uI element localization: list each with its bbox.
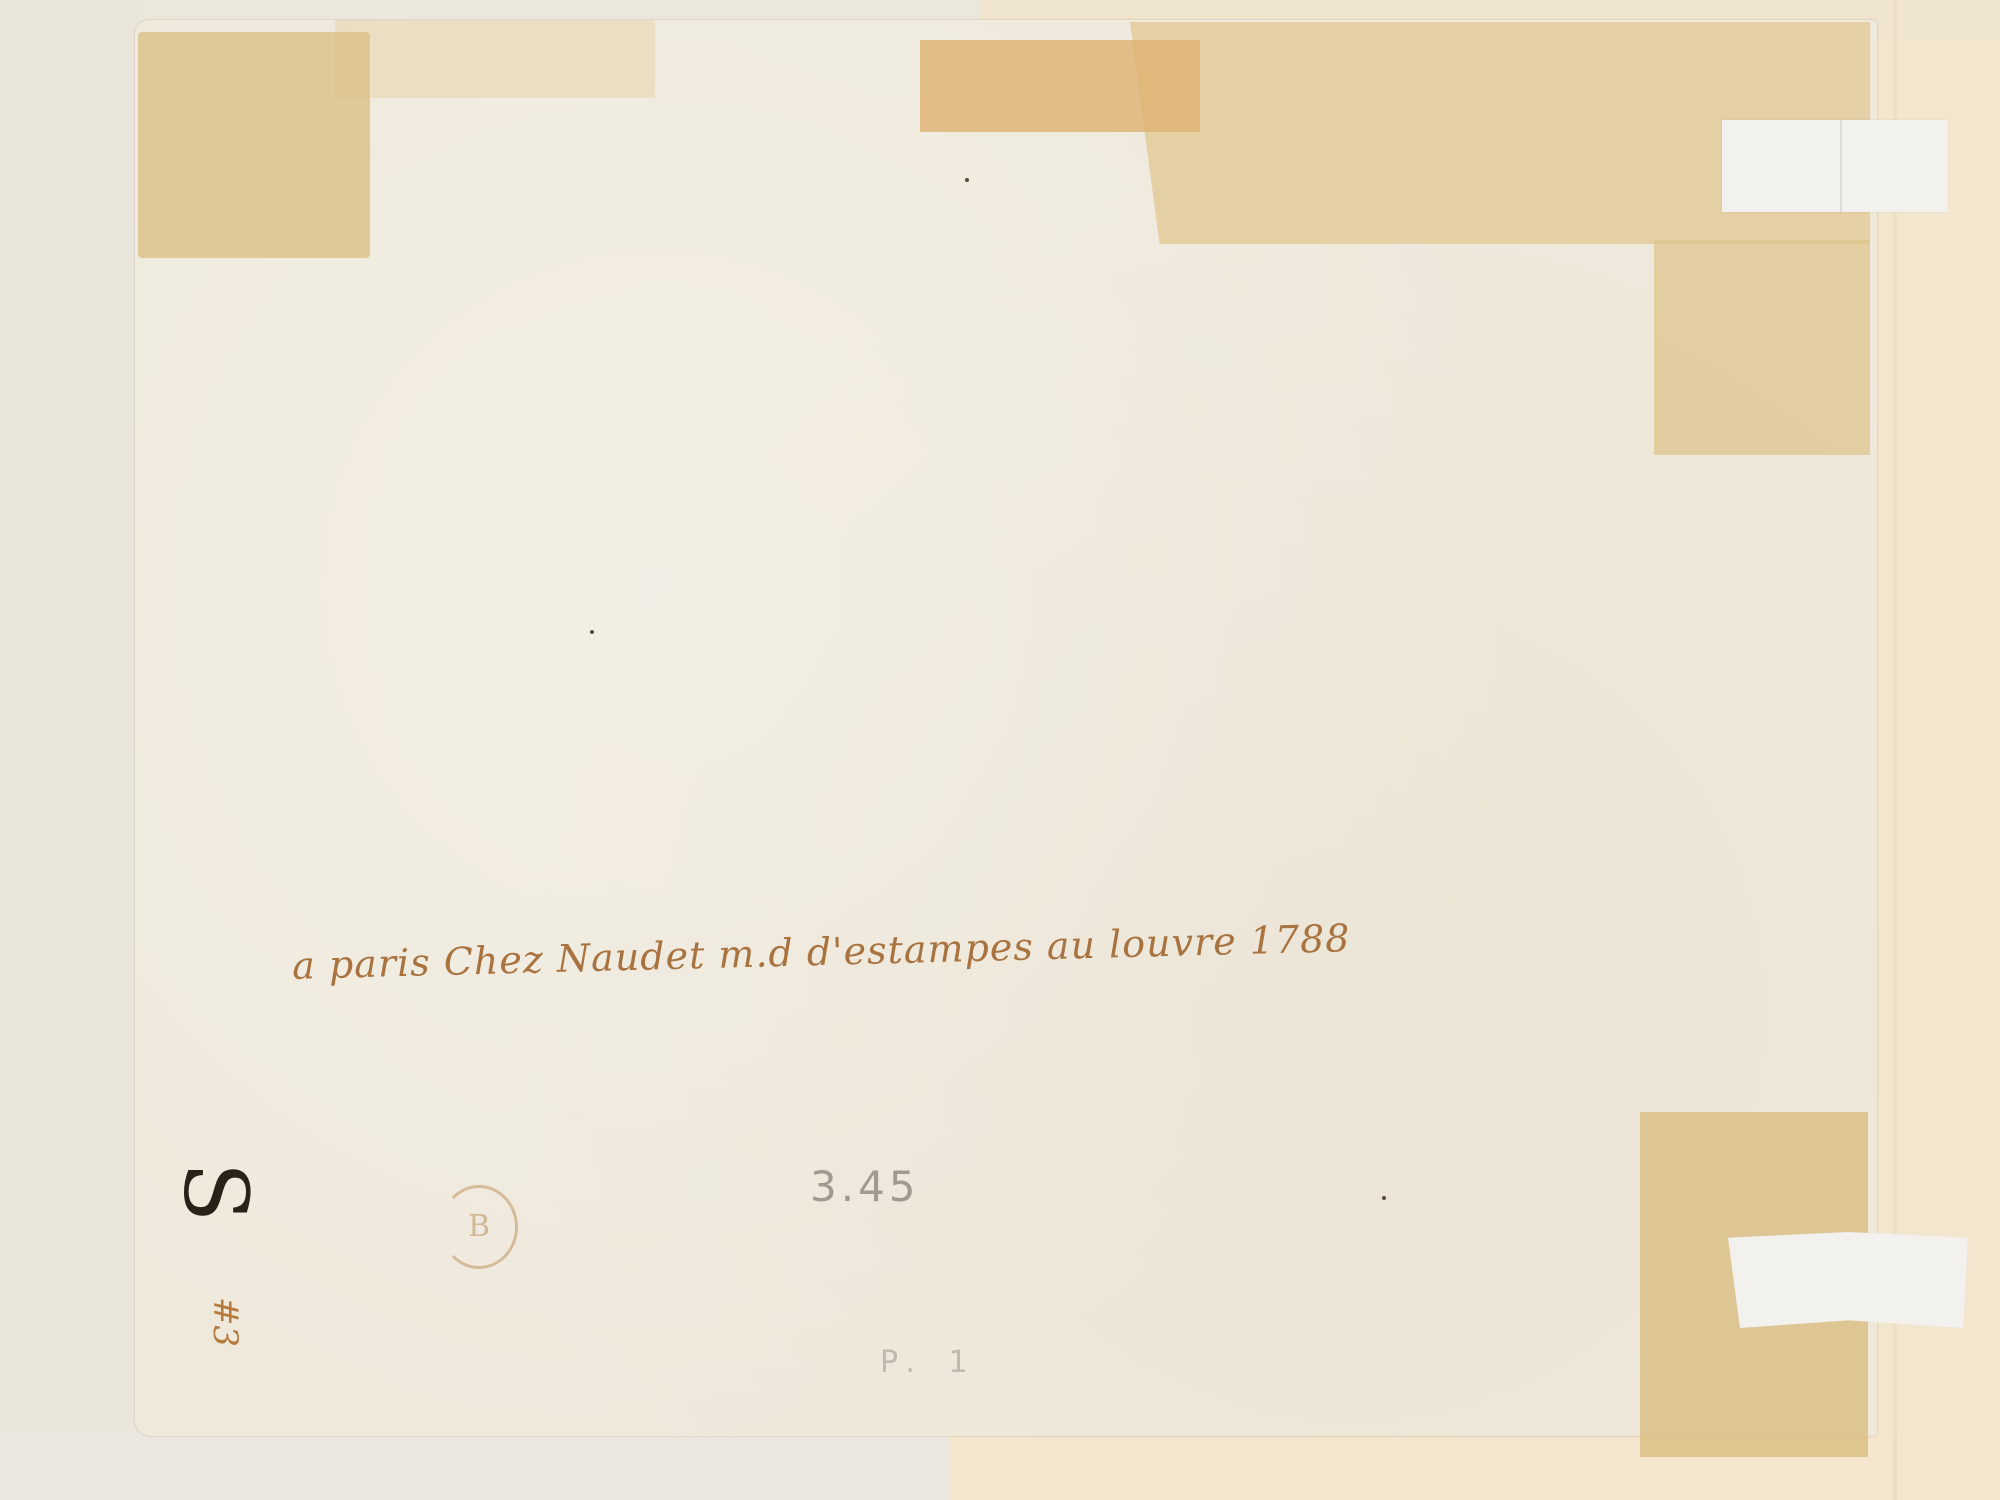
- collector-stamp: B: [440, 1185, 518, 1269]
- paper-speck: [965, 178, 969, 182]
- mount-board-bottom-left: [0, 1430, 960, 1500]
- hinge-tape-top-left: [138, 32, 370, 258]
- mount-board-left: [0, 0, 140, 1500]
- ink-inventory-number: #3: [205, 1297, 245, 1347]
- pencil-number: 3.45: [810, 1162, 920, 1211]
- collector-monogram: S: [171, 1162, 259, 1222]
- hinge-tape-top-center: [920, 40, 1200, 132]
- hinge-tape-right: [1654, 240, 1870, 455]
- hinge-tape-top-strip: [335, 20, 655, 98]
- paper-speck: [590, 630, 594, 634]
- white-label-top: [1722, 120, 1948, 212]
- white-label-bottom: [1728, 1232, 1968, 1328]
- faint-pencil-mark: P. 1: [880, 1345, 980, 1380]
- paper-speck: [1382, 1196, 1386, 1200]
